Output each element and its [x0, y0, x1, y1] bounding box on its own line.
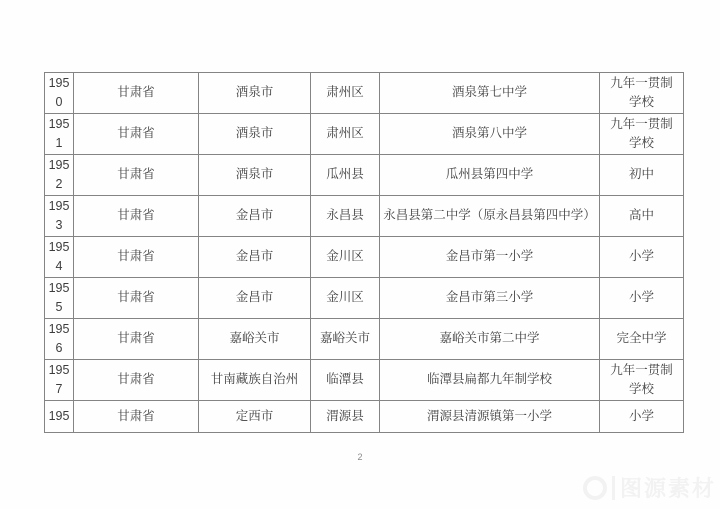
- cell-province: 甘肃省: [74, 278, 199, 319]
- table-row: 195 6 甘肃省 嘉峪关市 嘉峪关市 嘉峪关市第二中学 完全中学: [45, 319, 684, 360]
- cell-sequence-number: 195 3: [45, 196, 74, 237]
- cell-school-type: 九年一贯制 学校: [600, 73, 684, 114]
- cell-county: 永昌县: [311, 196, 380, 237]
- cell-city: 金昌市: [199, 196, 311, 237]
- table-row: 195 甘肃省 定西市 渭源县 渭源县清源镇第一小学 小学: [45, 401, 684, 433]
- cell-school-name: 酒泉第八中学: [380, 114, 600, 155]
- cell-sequence-number: 195 6: [45, 319, 74, 360]
- cell-county: 瓜州县: [311, 155, 380, 196]
- cell-school-name: 金昌市第三小学: [380, 278, 600, 319]
- cell-sequence-number: 195 5: [45, 278, 74, 319]
- cell-province: 甘肃省: [74, 114, 199, 155]
- document-page: 195 0 甘肃省 酒泉市 肃州区 酒泉第七中学 九年一贯制 学校 195 1 …: [0, 0, 720, 509]
- cell-province: 甘肃省: [74, 360, 199, 401]
- table-row: 195 7 甘肃省 甘南藏族自治州 临潭县 临潭县扁都九年制学校 九年一贯制 学…: [45, 360, 684, 401]
- cell-county: 金川区: [311, 278, 380, 319]
- cell-sequence-number: 195: [45, 401, 74, 433]
- cell-school-type: 高中: [600, 196, 684, 237]
- cell-school-name: 嘉峪关市第二中学: [380, 319, 600, 360]
- page-number: 2: [0, 452, 720, 462]
- cell-school-type: 初中: [600, 155, 684, 196]
- school-list-table: 195 0 甘肃省 酒泉市 肃州区 酒泉第七中学 九年一贯制 学校 195 1 …: [44, 72, 684, 433]
- watermark-logo-icon: [583, 476, 607, 500]
- cell-school-type: 九年一贯制 学校: [600, 360, 684, 401]
- cell-school-type: 小学: [600, 237, 684, 278]
- cell-sequence-number: 195 0: [45, 73, 74, 114]
- cell-province: 甘肃省: [74, 196, 199, 237]
- cell-school-name: 瓜州县第四中学: [380, 155, 600, 196]
- cell-city: 酒泉市: [199, 73, 311, 114]
- cell-city: 定西市: [199, 401, 311, 433]
- cell-city: 酒泉市: [199, 155, 311, 196]
- table-row: 195 3 甘肃省 金昌市 永昌县 永昌县第二中学（原永昌县第四中学） 高中: [45, 196, 684, 237]
- cell-school-type: 小学: [600, 401, 684, 433]
- cell-sequence-number: 195 7: [45, 360, 74, 401]
- cell-city: 金昌市: [199, 278, 311, 319]
- cell-county: 临潭县: [311, 360, 380, 401]
- cell-province: 甘肃省: [74, 73, 199, 114]
- table-row: 195 4 甘肃省 金昌市 金川区 金昌市第一小学 小学: [45, 237, 684, 278]
- watermark-text: 图源素材: [620, 472, 716, 503]
- cell-city: 金昌市: [199, 237, 311, 278]
- cell-school-name: 渭源县清源镇第一小学: [380, 401, 600, 433]
- cell-sequence-number: 195 4: [45, 237, 74, 278]
- table-row: 195 2 甘肃省 酒泉市 瓜州县 瓜州县第四中学 初中: [45, 155, 684, 196]
- cell-province: 甘肃省: [74, 401, 199, 433]
- cell-sequence-number: 195 1: [45, 114, 74, 155]
- cell-county: 肃州区: [311, 114, 380, 155]
- cell-province: 甘肃省: [74, 319, 199, 360]
- cell-school-type: 小学: [600, 278, 684, 319]
- cell-county: 嘉峪关市: [311, 319, 380, 360]
- cell-county: 金川区: [311, 237, 380, 278]
- cell-county: 肃州区: [311, 73, 380, 114]
- table-row: 195 5 甘肃省 金昌市 金川区 金昌市第三小学 小学: [45, 278, 684, 319]
- watermark: 图源素材: [583, 472, 716, 503]
- cell-school-name: 永昌县第二中学（原永昌县第四中学）: [380, 196, 600, 237]
- watermark-divider: [612, 476, 615, 500]
- cell-county: 渭源县: [311, 401, 380, 433]
- table-row: 195 1 甘肃省 酒泉市 肃州区 酒泉第八中学 九年一贯制 学校: [45, 114, 684, 155]
- cell-school-type: 九年一贯制 学校: [600, 114, 684, 155]
- cell-school-name: 临潭县扁都九年制学校: [380, 360, 600, 401]
- cell-school-name: 金昌市第一小学: [380, 237, 600, 278]
- cell-province: 甘肃省: [74, 237, 199, 278]
- cell-province: 甘肃省: [74, 155, 199, 196]
- table-row: 195 0 甘肃省 酒泉市 肃州区 酒泉第七中学 九年一贯制 学校: [45, 73, 684, 114]
- cell-city: 嘉峪关市: [199, 319, 311, 360]
- cell-sequence-number: 195 2: [45, 155, 74, 196]
- cell-school-type: 完全中学: [600, 319, 684, 360]
- cell-city: 甘南藏族自治州: [199, 360, 311, 401]
- cell-city: 酒泉市: [199, 114, 311, 155]
- cell-school-name: 酒泉第七中学: [380, 73, 600, 114]
